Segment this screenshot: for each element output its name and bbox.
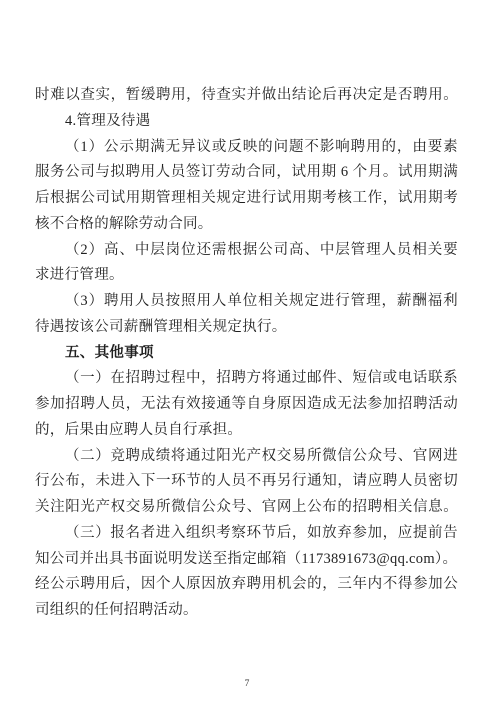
text-line: （二）竞聘成绩将通过阳光产权交易所微信公众号、官网进 <box>35 444 458 470</box>
text-line: 参加招聘人员，无法有效接通等自身原因造成无法参加招聘活动 <box>35 392 458 418</box>
text-line: （三）报名者进入组织考察环节后，如放弃参加，应提前告 <box>35 521 458 547</box>
text-line: 的，后果由应聘人员自行承担。 <box>35 418 458 444</box>
text-line: （1）公示期满无异议或反映的问题不影响聘用的，由要素 <box>35 135 458 161</box>
text-line: 行公布，未进入下一环节的人员不再另行通知，请应聘人员密切 <box>35 469 458 495</box>
text-line: （2）高、中层岗位还需根据公司高、中层管理人员相关要 <box>35 238 458 264</box>
text-line: 服务公司与拟聘用人员签订劳动合同，试用期 6 个月。试用期满 <box>35 160 458 186</box>
document-text-block: 时难以查实，暂缓聘用，待查实并做出结论后再决定是否聘用。 4.管理及待遇 （1）… <box>35 83 458 624</box>
text-line: 核不合格的解除劳动合同。 <box>35 212 458 238</box>
text-line-email: 知公司并出具书面说明发送至指定邮箱（1173891673@qq.com）。 <box>35 547 458 573</box>
paragraph-subheading: 4.管理及待遇 <box>35 109 458 135</box>
subheading-management-treatment: 4.管理及待遇 <box>35 109 458 135</box>
text-line: 后根据公司试用期管理相关规定进行试用期考核工作，试用期考 <box>35 186 458 212</box>
paragraph: （3）聘用人员按照用人单位相关规定进行管理，薪酬福利 待遇按该公司薪酬管理相关规… <box>35 289 458 341</box>
page-number: 7 <box>0 679 494 689</box>
paragraph: （1）公示期满无异议或反映的问题不影响聘用的，由要素 服务公司与拟聘用人员签订劳… <box>35 135 458 238</box>
text-line: （一）在招聘过程中，招聘方将通过邮件、短信或电话联系 <box>35 366 458 392</box>
paragraph: （三）报名者进入组织考察环节后，如放弃参加，应提前告 知公司并出具书面说明发送至… <box>35 521 458 624</box>
text-line: 待遇按该公司薪酬管理相关规定执行。 <box>35 315 458 341</box>
paragraph-section-heading: 五、其他事项 <box>35 341 458 367</box>
text-line: 经公示聘用后，因个人原因放弃聘用机会的，三年内不得参加公 <box>35 572 458 598</box>
paragraph: （一）在招聘过程中，招聘方将通过邮件、短信或电话联系 参加招聘人员，无法有效接通… <box>35 366 458 443</box>
document-page: 时难以查实，暂缓聘用，待查实并做出结论后再决定是否聘用。 4.管理及待遇 （1）… <box>0 0 494 727</box>
paragraph: （2）高、中层岗位还需根据公司高、中层管理人员相关要 求进行管理。 <box>35 238 458 290</box>
text-line: 关注阳光产权交易所微信公众号、官网上公布的招聘相关信息。 <box>35 495 458 521</box>
text-line: （3）聘用人员按照用人单位相关规定进行管理，薪酬福利 <box>35 289 458 315</box>
text-line: 司组织的任何招聘活动。 <box>35 598 458 624</box>
paragraph: 时难以查实，暂缓聘用，待查实并做出结论后再决定是否聘用。 <box>35 83 458 109</box>
text-line: 求进行管理。 <box>35 263 458 289</box>
section-heading-other-matters: 五、其他事项 <box>35 341 458 367</box>
text-line: 时难以查实，暂缓聘用，待查实并做出结论后再决定是否聘用。 <box>35 83 458 109</box>
paragraph: （二）竞聘成绩将通过阳光产权交易所微信公众号、官网进 行公布，未进入下一环节的人… <box>35 444 458 521</box>
